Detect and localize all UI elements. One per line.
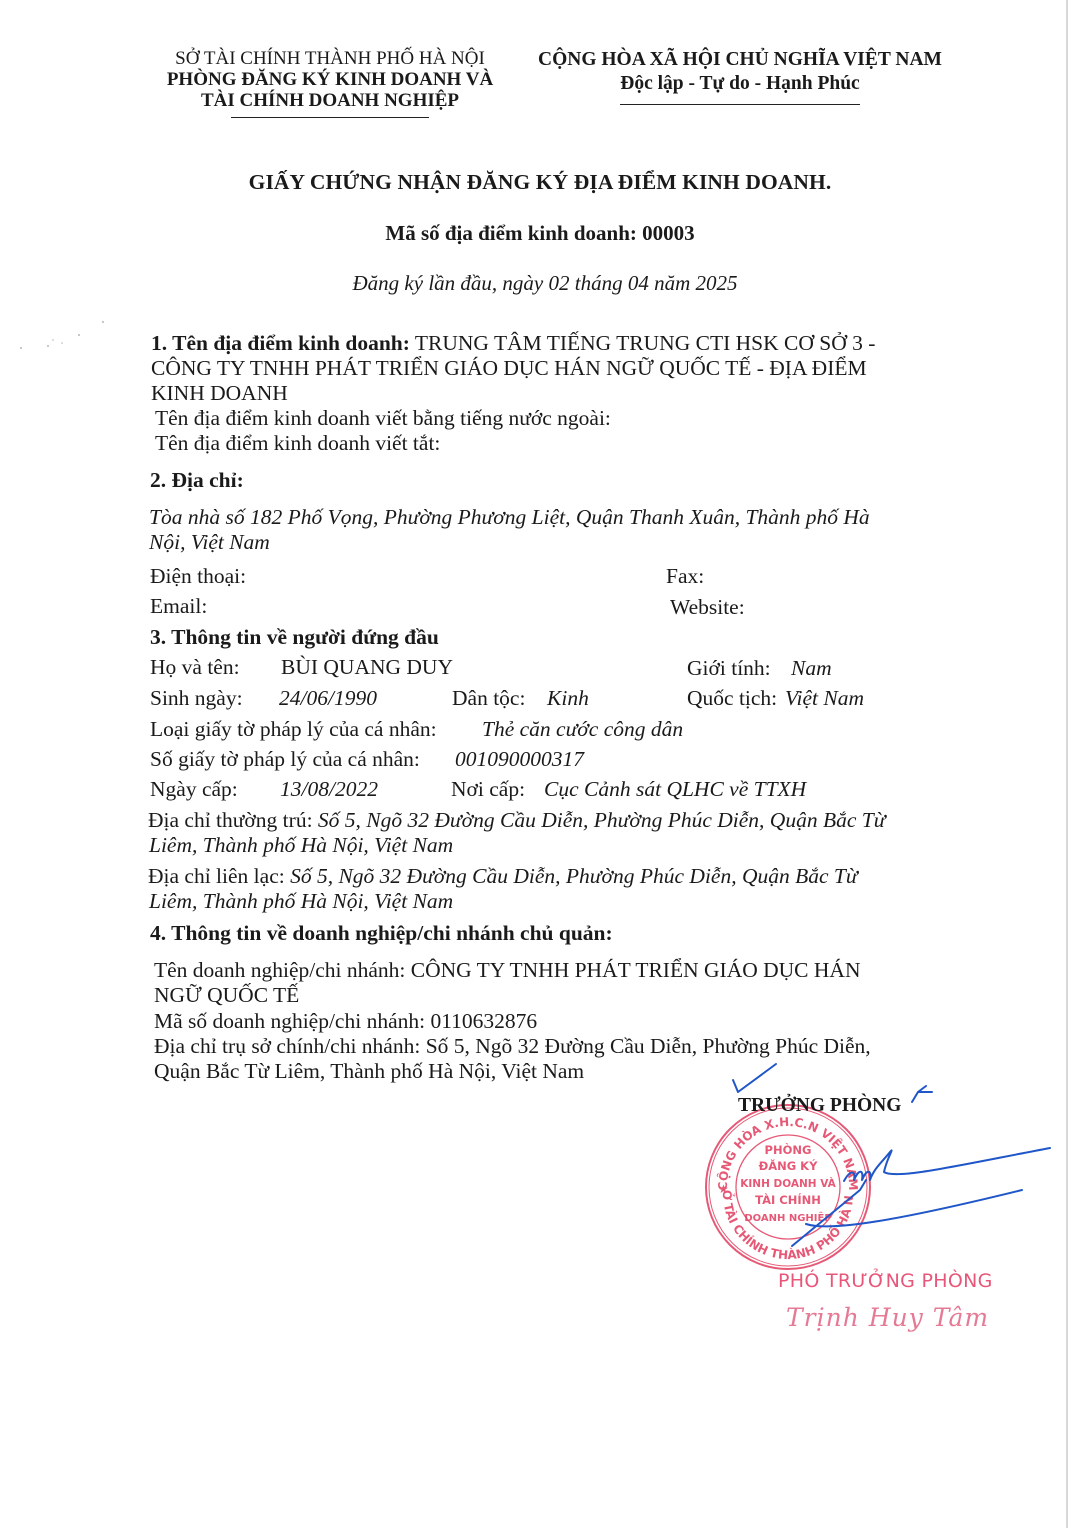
handwritten-signature-icon — [0, 0, 1080, 1528]
scan-noise — [0, 0, 140, 420]
deputy-title: PHÓ TRƯỞNG PHÒNG — [778, 1270, 993, 1292]
signer-name: Trịnh Huy Tâm — [786, 1303, 989, 1332]
